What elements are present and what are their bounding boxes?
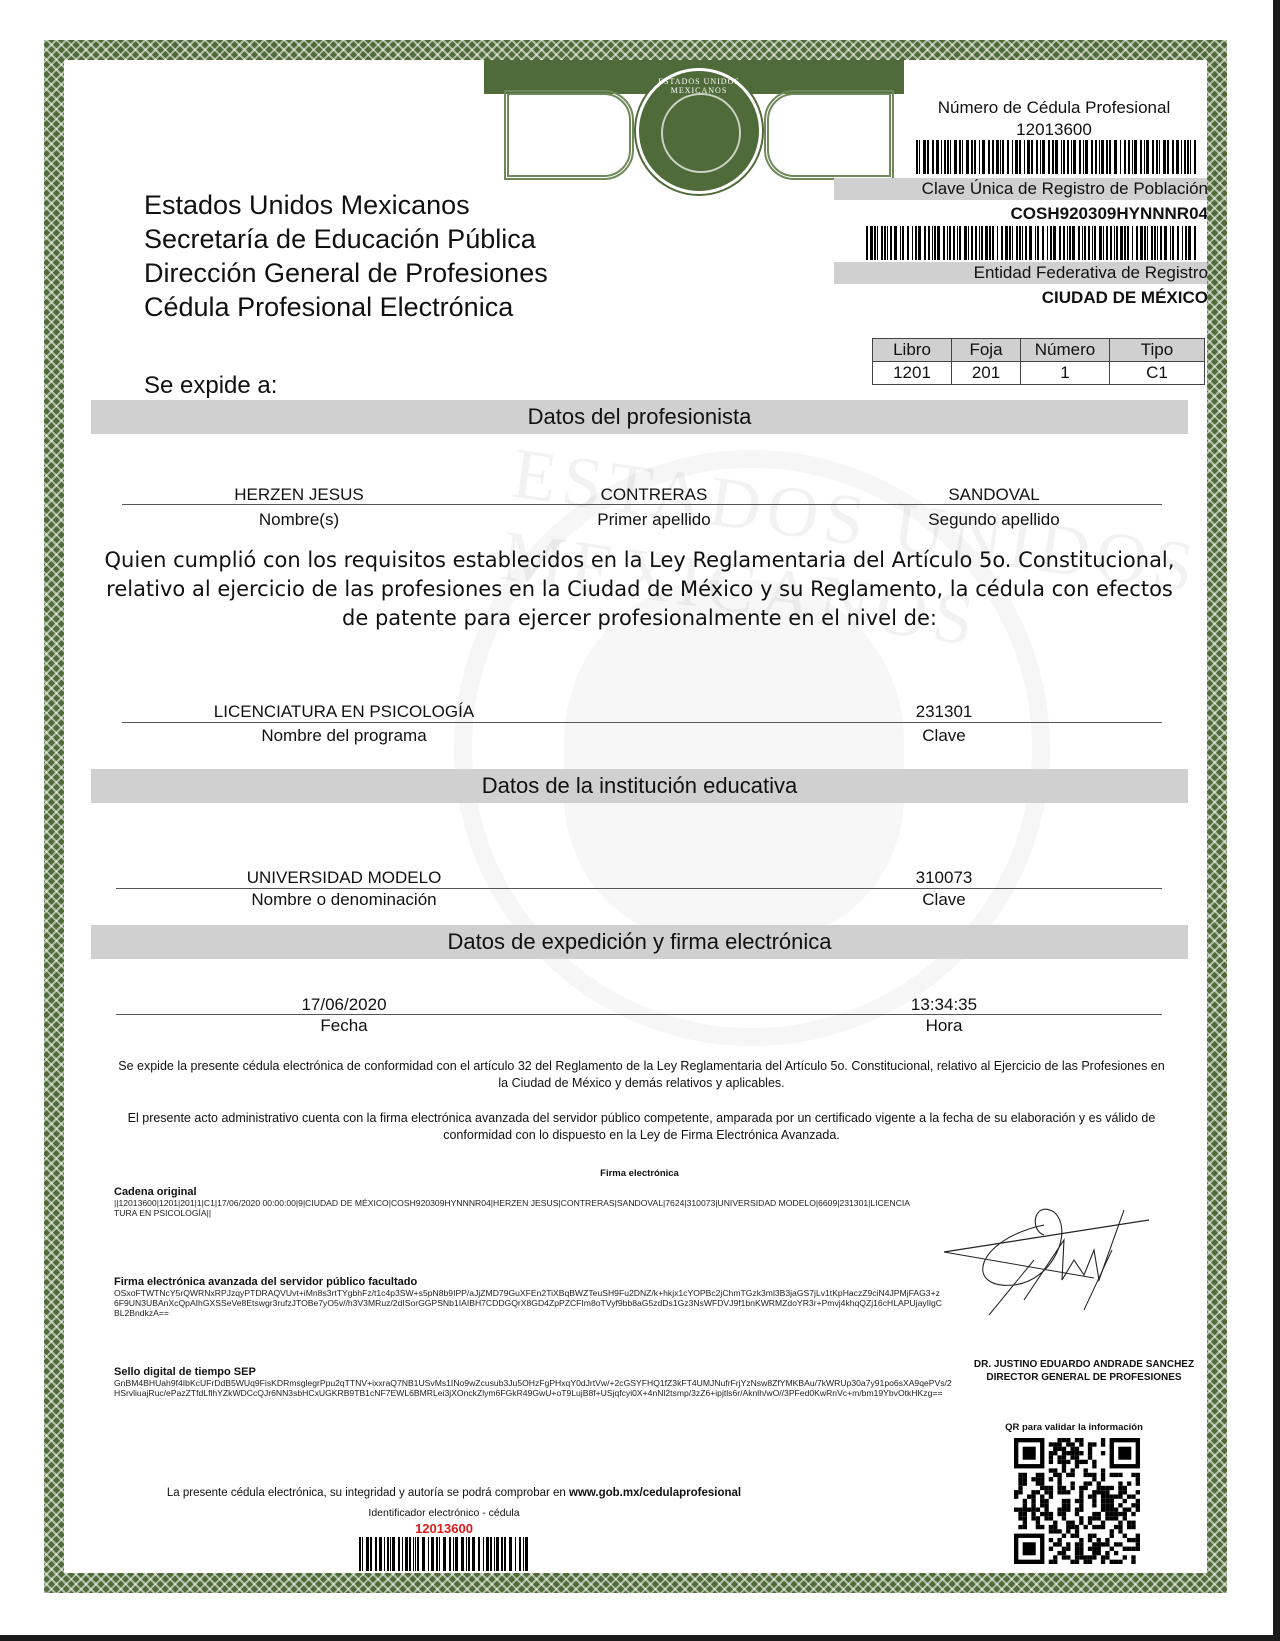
divider xyxy=(116,888,1162,889)
segundo-apellido-label: Segundo apellido xyxy=(884,510,1104,530)
programa-clave-label: Clave xyxy=(884,726,1004,746)
se-expide-label: Se expide a: xyxy=(144,372,277,400)
col-foja: Foja xyxy=(952,339,1021,362)
firma-avanzada-block: Firma electrónica avanzada del servidor … xyxy=(114,1276,944,1318)
registry-table: Libro Foja Número Tipo 1201 201 1 C1 xyxy=(872,338,1205,385)
col-numero: Número xyxy=(1021,339,1110,362)
verify-note: La presente cédula electrónica, su integ… xyxy=(114,1487,794,1499)
firma-avanzada-label: Firma electrónica avanzada del servidor … xyxy=(114,1276,944,1288)
legal-paragraph-2: El presente acto administrativo cuenta c… xyxy=(114,1110,1169,1144)
director-title: DIRECTOR GENERAL DE PROFESIONES xyxy=(959,1371,1207,1384)
ornament-left xyxy=(504,90,634,180)
sello-digital-block: Sello digital de tiempo SEP GnBM4BHUah9f… xyxy=(114,1366,954,1398)
divider xyxy=(122,722,1162,723)
nombres-value: HERZEN JESUS xyxy=(194,485,404,505)
cedula-label: Número de Cédula Profesional xyxy=(834,98,1207,118)
declaration-text: Quien cumplió con los requisitos estable… xyxy=(91,546,1188,633)
nombres-label: Nombre(s) xyxy=(194,510,404,530)
director-name: DR. JUSTINO EDUARDO ANDRADE SANCHEZ xyxy=(959,1358,1207,1371)
programa-label: Nombre del programa xyxy=(194,726,494,746)
sello-value: GnBM4BHUah9f4IbKcUFrDdB5WUq9FisKDRmsgleg… xyxy=(114,1378,954,1398)
document-page: ESTADOS UNIDOS MEXICANOS ESTADOS UNIDOS … xyxy=(0,0,1273,1635)
cadena-original-block: Cadena original ||12013600|1201|201|1|C1… xyxy=(114,1186,914,1218)
cedula-number: 12013600 xyxy=(834,120,1207,140)
firma-electronica-title: Firma electrónica xyxy=(91,1168,1188,1179)
section-institucion: Datos de la institución educativa xyxy=(91,769,1188,803)
cadena-value: ||12013600|1201|201|1|C1|17/06/2020 00:0… xyxy=(114,1198,914,1218)
foja-value: 201 xyxy=(952,362,1021,385)
issuer-line: Estados Unidos Mexicanos xyxy=(144,188,548,222)
id-barcode xyxy=(359,1537,529,1571)
institucion-value: UNIVERSIDAD MODELO xyxy=(234,868,454,888)
cadena-label: Cadena original xyxy=(114,1186,914,1198)
national-seal-icon: ESTADOS UNIDOS MEXICANOS xyxy=(636,68,762,194)
issuer-heading: Estados Unidos Mexicanos Secretaría de E… xyxy=(144,188,548,324)
hora-label: Hora xyxy=(884,1016,1004,1036)
curp-barcode xyxy=(866,226,1196,260)
hora-value: 13:34:35 xyxy=(884,995,1004,1015)
primer-apellido-value: CONTRERAS xyxy=(564,485,744,505)
entidad-label: Entidad Federativa de Registro xyxy=(834,262,1207,284)
id-label: Identificador electrónico - cédula xyxy=(324,1507,564,1519)
segundo-apellido-value: SANDOVAL xyxy=(904,485,1084,505)
divider xyxy=(122,504,1162,505)
institucion-label: Nombre o denominación xyxy=(224,890,464,910)
institucion-clave-value: 310073 xyxy=(884,868,1004,888)
section-profesionista: Datos del profesionista xyxy=(91,400,1188,434)
fecha-label: Fecha xyxy=(284,1016,404,1036)
tipo-value: C1 xyxy=(1110,362,1205,385)
verify-text: La presente cédula electrónica, su integ… xyxy=(167,1487,569,1499)
qr-label: QR para validar la información xyxy=(989,1422,1159,1433)
libro-value: 1201 xyxy=(873,362,952,385)
issuer-line: Secretaría de Educación Pública xyxy=(144,222,548,256)
col-libro: Libro xyxy=(873,339,952,362)
curp-label: Clave Única de Registro de Población xyxy=(834,178,1207,200)
id-value: 12013600 xyxy=(324,1521,564,1536)
director-block: DR. JUSTINO EDUARDO ANDRADE SANCHEZ DIRE… xyxy=(959,1358,1207,1384)
curp-value: COSH920309HYNNNR04 xyxy=(834,204,1207,224)
institucion-clave-label: Clave xyxy=(884,890,1004,910)
primer-apellido-label: Primer apellido xyxy=(564,510,744,530)
registry-box: Número de Cédula Profesional 12013600 Cl… xyxy=(834,98,1207,308)
issuer-line: Cédula Profesional Electrónica xyxy=(144,290,548,324)
section-expedicion: Datos de expedición y firma electrónica xyxy=(91,925,1188,959)
divider xyxy=(116,1014,1162,1015)
handwritten-signature-icon xyxy=(934,1190,1194,1320)
entidad-value: CIUDAD DE MÉXICO xyxy=(834,288,1207,308)
numero-value: 1 xyxy=(1021,362,1110,385)
qr-code[interactable] xyxy=(1014,1438,1140,1564)
firma-avanzada-value: OSxoFTWTNcY5rQWRNxRPJzqyPTDRAQVUvt+iMn8s… xyxy=(114,1288,944,1318)
legal-paragraph-1: Se expide la presente cédula electrónica… xyxy=(114,1058,1169,1092)
sello-label: Sello digital de tiempo SEP xyxy=(114,1366,954,1378)
issuer-line: Dirección General de Profesiones xyxy=(144,256,548,290)
document-body: ESTADOS UNIDOS MEXICANOS ESTADOS UNIDOS … xyxy=(64,60,1207,1573)
cedula-barcode xyxy=(916,140,1196,174)
col-tipo: Tipo xyxy=(1110,339,1205,362)
programa-clave-value: 231301 xyxy=(884,702,1004,722)
verify-link[interactable]: www.gob.mx/cedulaprofesional xyxy=(569,1487,741,1499)
ornamental-border: ESTADOS UNIDOS MEXICANOS ESTADOS UNIDOS … xyxy=(44,40,1227,1593)
fecha-value: 17/06/2020 xyxy=(284,995,404,1015)
programa-value: LICENCIATURA EN PSICOLOGÍA xyxy=(194,702,494,722)
